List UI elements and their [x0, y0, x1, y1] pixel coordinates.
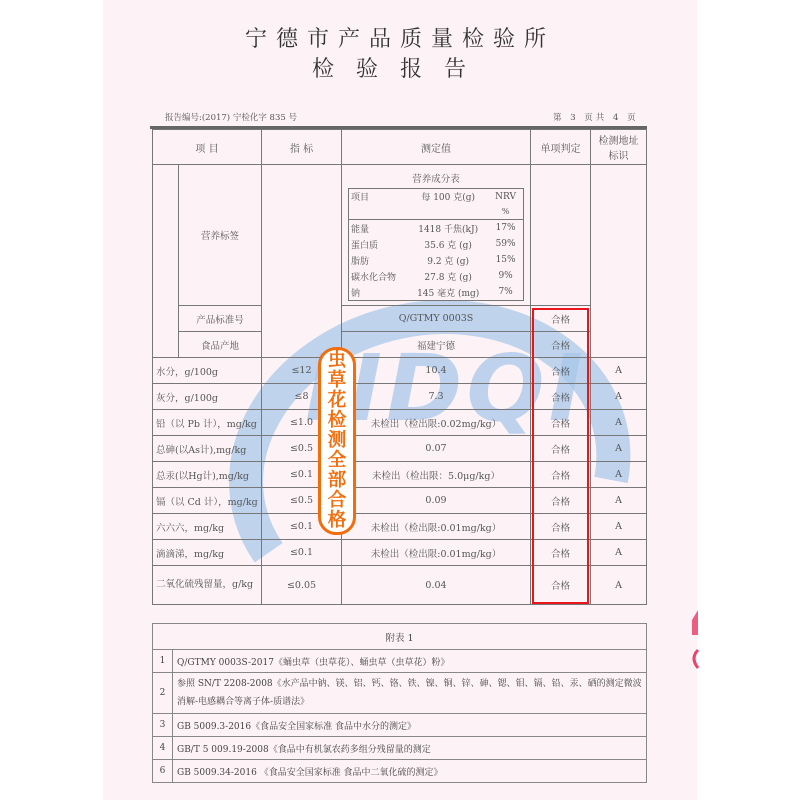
nutri-value: 35.6 克 (g): [408, 236, 488, 252]
sub-row-label: 食品产地: [179, 332, 262, 358]
report-number: 报告编号:(2017) 宁检化字 835 号: [165, 111, 297, 123]
row-lab: A: [591, 514, 647, 540]
nutrition-row: 营养标签 营养成分表 项目每 100 克(g)NRV % 能量1418 千焦(k…: [153, 165, 647, 306]
row-lab: A: [591, 566, 647, 605]
appendix-table: 附表 1 1Q/GTMY 0003S-2017《蛹虫草（虫草花）、蛹虫草（虫草花…: [152, 623, 647, 783]
appendix-row: 1Q/GTMY 0003S-2017《蛹虫草（虫草花）、蛹虫草（虫草花）粉》: [153, 650, 647, 673]
appendix-num: 4: [153, 737, 173, 760]
nutri-col-nrv: NRV: [488, 189, 523, 204]
badge-char: 检: [328, 411, 347, 431]
sub-row-value: 福建宁德: [342, 332, 531, 358]
badge-char: 部: [328, 471, 347, 491]
nutri-col-per100: 每 100 克(g): [408, 189, 488, 204]
row-lab: A: [591, 540, 647, 566]
row-value: 0.07: [342, 436, 531, 462]
header-measured: 测定值: [342, 130, 531, 165]
row-value: 10.4: [342, 358, 531, 384]
row-item: 总汞(以Hg计),mg/kg: [153, 462, 262, 488]
appendix-text: GB 5009.3-2016《食品安全国家标准 食品中水分的测定》: [173, 714, 647, 737]
appendix-title: 附表 1: [153, 624, 647, 650]
nutri-name: 脂肪: [349, 252, 408, 268]
badge-char: 合: [328, 491, 347, 511]
nutri-nrv: 7%: [488, 284, 523, 300]
row-index: ≤0.1: [262, 540, 342, 566]
badge-char: 花: [328, 391, 347, 411]
appendix-row: 6GB 5009.34-2016 《食品安全国家标准 食品中二氧化硫的测定》: [153, 760, 647, 783]
nutrition-facts-box: 项目每 100 克(g)NRV % 能量1418 千焦(kJ)17% 蛋白质35…: [348, 188, 524, 301]
nutri-name: 钠: [349, 284, 408, 300]
nutri-name: 蛋白质: [349, 236, 408, 252]
nutri-nrv: 17%: [488, 220, 523, 237]
appendix-text: GB 5009.34-2016 《食品安全国家标准 食品中二氧化硫的测定》: [173, 760, 647, 783]
nutrition-label: 营养标签: [179, 165, 262, 306]
row-value: 0.04: [342, 566, 531, 605]
nutrition-lab-empty: [591, 165, 647, 358]
nutrition-index-empty: [262, 165, 342, 358]
row-item: 总砷(以As计),mg/kg: [153, 436, 262, 462]
row-index: ≤0.05: [262, 566, 342, 605]
row-lab: A: [591, 384, 647, 410]
row-item: 镉（以 Cd 计），mg/kg: [153, 488, 262, 514]
row-value: 7.3: [342, 384, 531, 410]
row-lab: A: [591, 488, 647, 514]
nutri-value: 27.8 克 (g): [408, 268, 488, 284]
nutri-col-item: 项目: [349, 189, 408, 204]
seal-stamp-fragment: [690, 590, 702, 680]
appendix-text: 参照 SN/T 2208-2008《水产品中钠、镁、铝、钙、铬、铁、镍、铜、锌、…: [173, 673, 647, 714]
institution-title: 宁德市产品质量检验所: [0, 22, 800, 53]
header-index: 指 标: [262, 130, 342, 165]
badge-char: 格: [328, 511, 347, 531]
row-value: 未检出（检出限：5.0μg/kg）: [342, 462, 531, 488]
sub-row-value: Q/GTMY 0003S: [342, 306, 531, 332]
nutrition-facts-table: 项目每 100 克(g)NRV % 能量1418 千焦(kJ)17% 蛋白质35…: [349, 189, 523, 300]
row-item: 水分，g/100g: [153, 358, 262, 384]
appendix-num: 2: [153, 673, 173, 714]
row-item: 二氧化硫残留量，g/kg: [153, 566, 262, 605]
nutri-nrv: 59%: [488, 236, 523, 252]
nutrition-facts-title: 营养成分表: [348, 171, 524, 185]
nutrition-facts-cell: 营养成分表 项目每 100 克(g)NRV % 能量1418 千焦(kJ)17%…: [342, 165, 531, 306]
appendix-num: 1: [153, 650, 173, 673]
nutri-value: 9.2 克 (g): [408, 252, 488, 268]
row-lab: A: [591, 436, 647, 462]
badge-char: 测: [328, 431, 347, 451]
appendix-text: Q/GTMY 0003S-2017《蛹虫草（虫草花）、蛹虫草（虫草花）粉》: [173, 650, 647, 673]
nutri-value: 1418 千焦(kJ): [408, 220, 488, 237]
badge-char: 虫: [328, 351, 347, 371]
appendix-row: 4GB/T 5 009.19-2008《食品中有机氯农药多组分残留量的测定: [153, 737, 647, 760]
row-value: 0.09: [342, 488, 531, 514]
row-item: 六六六，mg/kg: [153, 514, 262, 540]
row-value: 未检出（检出限:0.02mg/kg）: [342, 410, 531, 436]
row-lab: A: [591, 462, 647, 488]
appendix-text: GB/T 5 009.19-2008《食品中有机氯农药多组分残留量的测定: [173, 737, 647, 760]
judgment-highlight-box: [532, 308, 589, 604]
all-passed-badge: 虫 草 花 检 测 全 部 合 格: [318, 347, 356, 535]
badge-char: 草: [328, 371, 347, 391]
header-item: 项 目: [153, 130, 262, 165]
row-lab: A: [591, 410, 647, 436]
row-value: 未检出（检出限:0.01mg/kg）: [342, 514, 531, 540]
nutri-nrv: 15%: [488, 252, 523, 268]
header-judgment: 单项判定: [531, 130, 591, 165]
appendix-row: 3GB 5009.3-2016《食品安全国家标准 食品中水分的测定》: [153, 714, 647, 737]
badge-char: 全: [328, 451, 347, 471]
row-item: 灰分，g/100g: [153, 384, 262, 410]
appendix-num: 6: [153, 760, 173, 783]
nutrition-judgment-empty: [531, 165, 591, 306]
nutri-nrv: 9%: [488, 268, 523, 284]
table-header-row: 项 目 指 标 测定值 单项判定 检测地址标识: [153, 130, 647, 165]
document-title: 检验报告: [0, 52, 800, 83]
row-item: 铅（以 Pb 计），mg/kg: [153, 410, 262, 436]
row-value: 未检出（检出限:0.01mg/kg）: [342, 540, 531, 566]
nutri-name: 能量: [349, 220, 408, 237]
header-lab-id: 检测地址标识: [591, 130, 647, 165]
nutri-name: 碳水化合物: [349, 268, 408, 284]
nutri-col-nrv-unit: %: [488, 204, 523, 220]
page-info: 第 3 页共 4 页: [553, 111, 639, 123]
row-lab: A: [591, 358, 647, 384]
appendix-num: 3: [153, 714, 173, 737]
appendix-row: 2参照 SN/T 2208-2008《水产品中钠、镁、铝、钙、铬、铁、镍、铜、锌…: [153, 673, 647, 714]
row-item: 滴滴涕，mg/kg: [153, 540, 262, 566]
nutrition-group-spacer: [153, 165, 179, 358]
nutri-value: 145 毫克 (mg): [408, 284, 488, 300]
sub-row-label: 产品标准号: [179, 306, 262, 332]
